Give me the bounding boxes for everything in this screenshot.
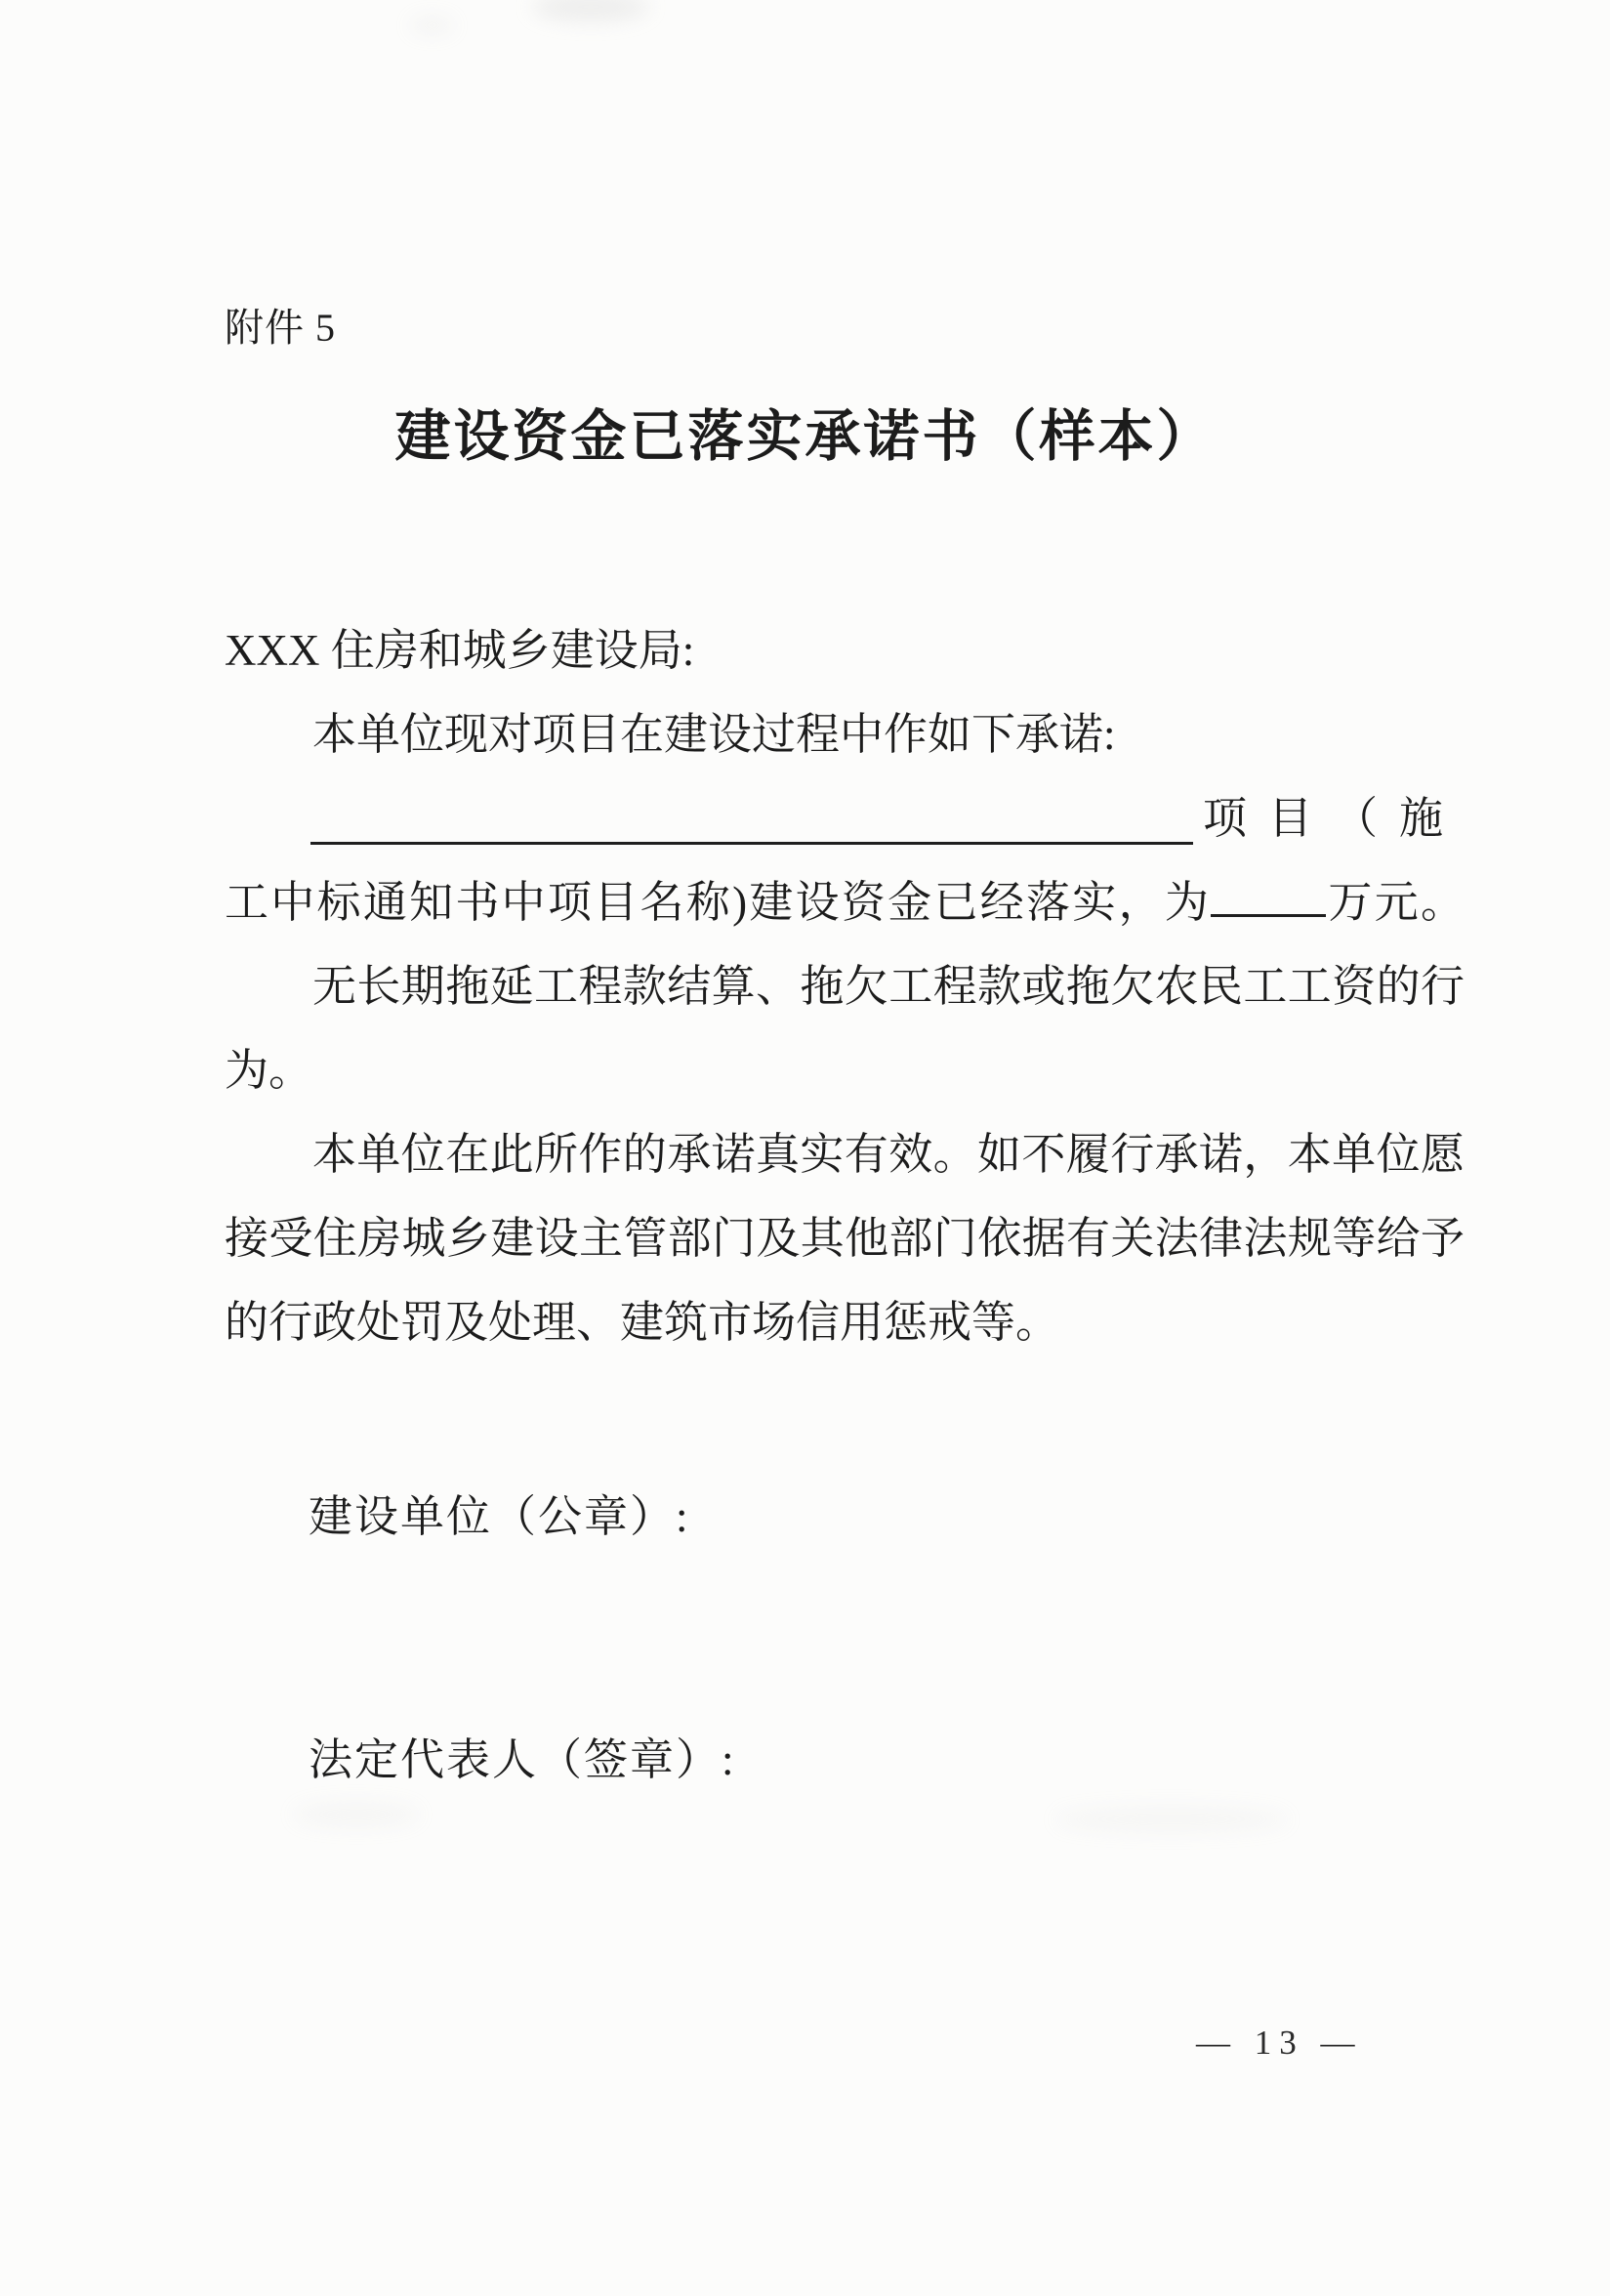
scan-artifact bbox=[293, 1802, 420, 1827]
amount-blank bbox=[1211, 910, 1326, 917]
document-page: 附件 5 建设资金已落实承诺书（样本） XXX 住房和城乡建设局: 本单位现对项… bbox=[0, 0, 1610, 2296]
page-number: — 13 — bbox=[1196, 2022, 1363, 2065]
promise-line-3: 的行政处罚及处理、建筑市场信用惩戒等。 bbox=[225, 1280, 1465, 1364]
funds-line: 工中标通知书中项目名称)建设资金已经落实，为万元。 bbox=[225, 860, 1465, 944]
attachment-label: 附件 5 bbox=[225, 305, 336, 352]
no-arrears-line-2: 为。 bbox=[225, 1028, 1465, 1112]
scan-artifact bbox=[410, 18, 454, 33]
company-seal-label: 建设单位（公章）: bbox=[309, 1487, 690, 1546]
salutation-line: XXX 住房和城乡建设局: bbox=[225, 608, 1465, 692]
scan-artifact bbox=[1054, 1807, 1289, 1832]
project-name-line: 项目（施 bbox=[225, 776, 1465, 860]
promise-line-2: 接受住房城乡建设主管部门及其他部门依据有关法律法规等给予 bbox=[225, 1196, 1465, 1280]
document-title: 建设资金已落实承诺书（样本） bbox=[0, 402, 1610, 473]
project-name-blank bbox=[310, 783, 1193, 845]
document-body: XXX 住房和城乡建设局: 本单位现对项目在建设过程中作如下承诺: 项目（施 工… bbox=[225, 608, 1465, 1364]
funds-line-prefix: 工中标通知书中项目名称)建设资金已经落实，为 bbox=[225, 878, 1211, 927]
project-name-suffix: 项目（施 bbox=[1193, 776, 1465, 860]
paragraph-indent bbox=[225, 776, 310, 860]
legal-representative-label: 法定代表人（签章）: bbox=[309, 1731, 736, 1789]
intro-line: 本单位现对项目在建设过程中作如下承诺: bbox=[225, 692, 1465, 776]
promise-line-1: 本单位在此所作的承诺真实有效。如不履行承诺，本单位愿 bbox=[225, 1112, 1465, 1196]
no-arrears-line-1: 无长期拖延工程款结算、拖欠工程款或拖欠农民工工资的行 bbox=[225, 944, 1465, 1028]
funds-line-suffix: 万元。 bbox=[1326, 878, 1465, 927]
scan-artifact bbox=[532, 0, 649, 21]
